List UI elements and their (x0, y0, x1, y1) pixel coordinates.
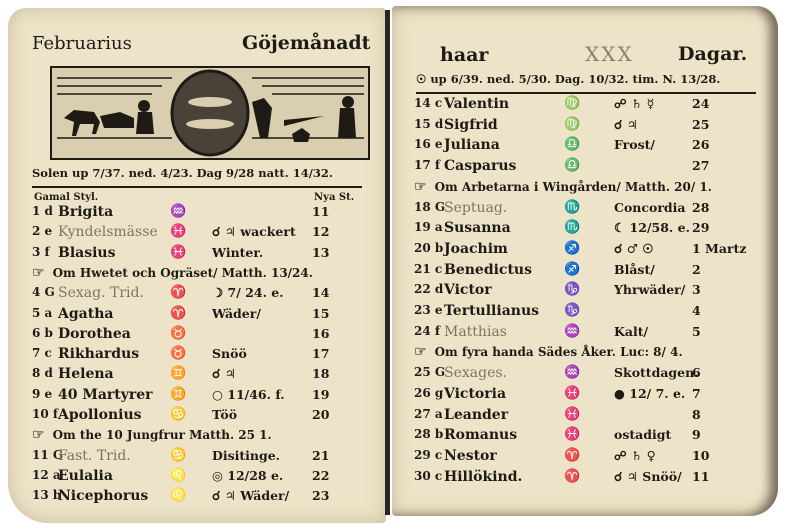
header-dagar: Dagar. (678, 43, 747, 65)
weather-note: ostadigt (614, 427, 671, 442)
woodcut-illustration (50, 66, 370, 160)
new-style-date: 18 (312, 366, 329, 381)
pointing-hand-icon: ☞ (414, 344, 427, 360)
weather-note: Concordia (614, 200, 686, 215)
day-letter: 4 G (32, 285, 55, 299)
day-letter: 24 f (414, 324, 440, 338)
weather-note: Yhrwäder/ (614, 282, 685, 297)
column-header-old-style: Gamal Styl. (34, 192, 98, 203)
saint-name: Rikhardus (58, 346, 139, 362)
new-style-date: 10 (692, 448, 709, 463)
day-letter: 17 f (414, 158, 440, 172)
weather-note: Winter. (212, 245, 263, 260)
new-style-date: 14 (312, 285, 329, 300)
new-style-date: 11 (692, 469, 709, 484)
zodiac-sign-icon: ♒ (170, 204, 186, 219)
new-style-date: 22 (312, 468, 329, 483)
saint-name: Sexages. (444, 365, 507, 381)
zodiac-sign-icon: ♈ (170, 306, 186, 321)
zodiac-sign-icon: ♎ (564, 137, 580, 152)
saint-name: Kyndelsmässe (58, 224, 158, 240)
zodiac-sign-icon: ♈ (170, 285, 186, 300)
saint-name: Tertullianus (444, 303, 539, 319)
day-letter: 22 d (414, 282, 443, 296)
new-style-date: 25 (692, 117, 709, 132)
day-letter: 10 f (32, 407, 58, 421)
new-style-date: 17 (312, 346, 329, 361)
saint-name: Nestor (444, 448, 497, 464)
new-style-date: 26 (692, 137, 709, 152)
new-style-date: 20 (312, 407, 329, 422)
weather-note: Snöö (212, 346, 247, 361)
new-style-date: 28 (692, 200, 709, 215)
day-letter: 7 c (32, 346, 52, 360)
weather-note: ☌ ♂ ☉ (614, 241, 654, 256)
saint-name: Susanna (444, 220, 511, 236)
saint-name: Dorothea (58, 326, 131, 342)
new-style-date: 29 (692, 220, 709, 235)
day-letter: 9 e (32, 387, 52, 401)
zodiac-sign-icon: ♎ (564, 158, 580, 173)
new-style-date: 24 (692, 96, 709, 111)
day-letter: 28 b (414, 427, 443, 441)
new-style-date: 11 (312, 204, 329, 219)
month-swedish-title: Göjemånadt (242, 32, 370, 54)
zodiac-sign-icon: ♊ (170, 387, 186, 402)
zodiac-sign-icon: ♈ (564, 448, 580, 463)
weather-note: ☌ ♃ (212, 366, 236, 381)
zodiac-sign-icon: ♐ (564, 262, 580, 277)
saint-name: Benedictus (444, 262, 532, 278)
day-letter: 6 b (32, 326, 53, 340)
saint-name: Agatha (58, 306, 113, 322)
saint-name: Victoria (444, 386, 506, 402)
day-letter: 16 e (414, 137, 443, 151)
new-style-date: 23 (312, 488, 329, 503)
day-letter: 5 a (32, 306, 52, 320)
new-style-date: 1 Martz (692, 241, 746, 256)
weather-note: ☾ 12/58. e. (614, 220, 690, 235)
weather-note: Kalt/ (614, 324, 648, 339)
divider-rule (32, 186, 362, 188)
gospel-reading: ☞Om the 10 Jungfrur Matth. 25 1. (32, 427, 272, 443)
new-style-date: 19 (312, 387, 329, 402)
zodiac-sign-icon: ♑ (564, 282, 580, 297)
saint-name: Victor (444, 282, 492, 298)
weather-note: ● 12/ 7. e. (614, 386, 685, 401)
pointing-hand-icon: ☞ (32, 427, 45, 443)
saint-name: Joachim (444, 241, 508, 257)
day-letter: 2 e (32, 224, 52, 238)
day-letter: 13 b (32, 488, 61, 502)
day-letter: 3 f (32, 245, 50, 259)
gospel-text: Om Hwetet och Ogräset/ Matth. 13/24. (53, 266, 313, 280)
day-letter: 19 a (414, 220, 443, 234)
weather-note: ☍ ♄ ☿ (614, 96, 654, 111)
new-style-date: 27 (692, 158, 709, 173)
weather-note: ☌ ♃ Wäder/ (212, 488, 289, 503)
saint-name: Matthias (444, 324, 507, 340)
header-roman-days: XXX (585, 42, 634, 66)
zodiac-sign-icon: ♐ (564, 241, 580, 256)
saint-name: Sigfrid (444, 117, 498, 133)
saint-name: Sexag. Trid. (58, 285, 144, 301)
saint-name: Casparus (444, 158, 516, 174)
zodiac-sign-icon: ♌ (170, 468, 186, 483)
zodiac-sign-icon: ♒ (564, 324, 580, 339)
zodiac-sign-icon: ♉ (170, 326, 186, 341)
day-letter: 20 b (414, 241, 443, 255)
column-header-new-style: Nya St. (314, 192, 354, 203)
zodiac-sign-icon: ♏ (564, 220, 580, 235)
saint-name: Eulalia (58, 468, 113, 484)
book-gutter (385, 10, 390, 515)
weather-note: ☌ ♃ Snöö/ (614, 469, 682, 484)
gospel-reading: ☞Om Arbetarna i Wingården/ Matth. 20/ 1. (414, 179, 712, 195)
day-letter: 26 g (414, 386, 443, 400)
new-style-date: 21 (312, 448, 329, 463)
weather-note: Disitinge. (212, 448, 280, 463)
new-style-date: 13 (312, 245, 329, 260)
divider-rule (416, 92, 756, 94)
day-letter: 14 c (414, 96, 442, 110)
new-style-date: 3 (692, 282, 701, 297)
day-letter: 12 a (32, 468, 61, 482)
zodiac-sign-icon: ♊ (170, 366, 186, 381)
day-letter: 15 d (414, 117, 443, 131)
zodiac-sign-icon: ♓ (170, 224, 186, 239)
weather-note: ☌ ♃ (614, 117, 638, 132)
weather-note: Blåst/ (614, 262, 655, 277)
zodiac-sign-icon: ♑ (564, 303, 580, 318)
zodiac-sign-icon: ♍ (564, 96, 580, 111)
new-style-date: 4 (692, 303, 701, 318)
saint-name: Blasius (58, 245, 115, 261)
pointing-hand-icon: ☞ (414, 179, 427, 195)
saint-name: Fast. Trid. (58, 448, 131, 464)
zodiac-sign-icon: ♌ (170, 488, 186, 503)
zodiac-sign-icon: ♉ (170, 346, 186, 361)
zodiac-sign-icon: ♈ (564, 469, 580, 484)
left-sun-info: Solen up 7/37. ned. 4/23. Dag 9/28 natt.… (32, 166, 333, 180)
new-style-date: 7 (692, 386, 701, 401)
weather-note: ☽ 7/ 24. e. (212, 285, 284, 300)
new-style-date: 9 (692, 427, 701, 442)
new-style-date: 15 (312, 306, 329, 321)
new-style-date: 6 (692, 365, 701, 380)
day-letter: 29 c (414, 448, 442, 462)
right-sun-info: ☉ up 6/39. ned. 5/30. Dag. 10/32. tim. N… (416, 72, 720, 86)
day-letter: 30 c (414, 469, 442, 483)
zodiac-sign-icon: ♋ (170, 407, 186, 422)
zodiac-sign-icon: ♓ (564, 386, 580, 401)
new-style-date: 8 (692, 407, 701, 422)
weather-note: Töö (212, 407, 237, 422)
saint-name: Leander (444, 407, 508, 423)
zodiac-sign-icon: ♒ (564, 365, 580, 380)
saint-name: Septuag. (444, 200, 507, 216)
new-style-date: 5 (692, 324, 701, 339)
day-letter: 18 G (414, 200, 445, 214)
day-letter: 27 a (414, 407, 443, 421)
header-haar: haar (440, 44, 488, 66)
new-style-date: 12 (312, 224, 329, 239)
month-latin-title: Februarius (32, 33, 132, 54)
gospel-text: Om Arbetarna i Wingården/ Matth. 20/ 1. (435, 180, 712, 194)
saint-name: Juliana (444, 137, 500, 153)
saint-name: Nicephorus (58, 488, 148, 504)
weather-note: ○ 11/46. f. (212, 387, 285, 402)
saint-name: Helena (58, 366, 114, 382)
saint-name: Valentin (444, 96, 509, 112)
new-style-date: 2 (692, 262, 701, 277)
day-letter: 23 e (414, 303, 443, 317)
saint-name: Apollonius (58, 407, 142, 423)
weather-note: Frost/ (614, 137, 655, 152)
pointing-hand-icon: ☞ (32, 265, 45, 281)
zodiac-sign-icon: ♓ (170, 245, 186, 260)
gospel-text: Om the 10 Jungfrur Matth. 25 1. (53, 428, 272, 442)
saint-name: Hillökind. (444, 469, 522, 485)
zodiac-sign-icon: ♓ (564, 427, 580, 442)
day-letter: 21 c (414, 262, 442, 276)
day-letter: 8 d (32, 366, 53, 380)
zodiac-sign-icon: ♏ (564, 200, 580, 215)
gospel-text: Om fyra handa Sädes Åker. Luc: 8/ 4. (435, 345, 683, 359)
zodiac-sign-icon: ♍ (564, 117, 580, 132)
day-letter: 1 d (32, 204, 53, 218)
weather-note: ☌ ♃ wackert (212, 224, 296, 239)
gospel-reading: ☞Om fyra handa Sädes Åker. Luc: 8/ 4. (414, 344, 683, 360)
saint-name: 40 Martyrer (58, 387, 153, 403)
weather-note: ☍ ♄ ♀ (614, 448, 656, 463)
gospel-reading: ☞Om Hwetet och Ogräset/ Matth. 13/24. (32, 265, 313, 281)
weather-note: Wäder/ (212, 306, 261, 321)
zodiac-sign-icon: ♓ (564, 407, 580, 422)
zodiac-sign-icon: ♋ (170, 448, 186, 463)
saint-name: Brigita (58, 204, 113, 220)
new-style-date: 16 (312, 326, 329, 341)
weather-note: ◎ 12/28 e. (212, 468, 283, 483)
saint-name: Romanus (444, 427, 517, 443)
day-letter: 25 G (414, 365, 445, 379)
weather-note: Skottdagen. (614, 365, 699, 380)
